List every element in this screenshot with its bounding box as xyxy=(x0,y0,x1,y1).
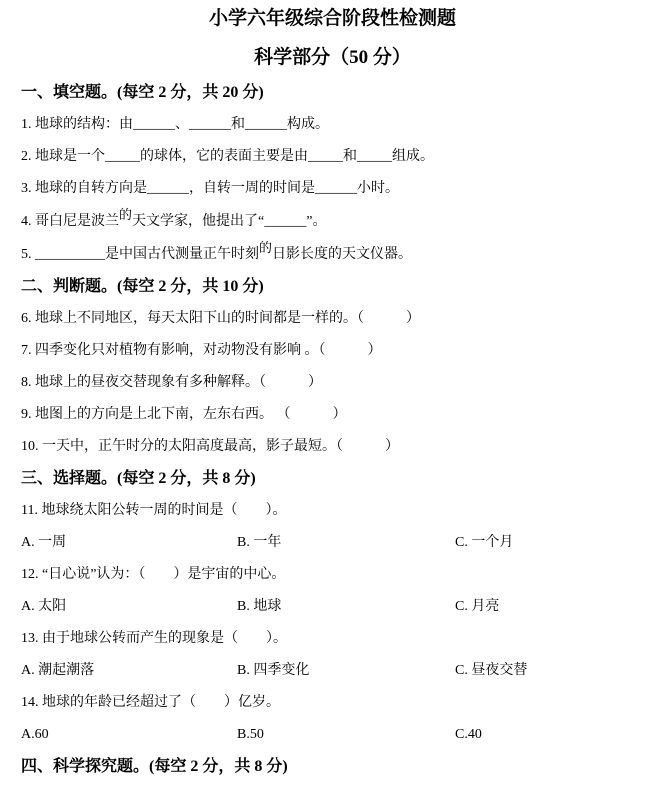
option: C.40 xyxy=(455,719,644,751)
option: C. 昼夜交替 xyxy=(455,655,644,687)
section-heading: 三、选择题。(每空 2 分，共 8 分) xyxy=(21,463,644,495)
option: B.50 xyxy=(237,719,455,751)
options-row: A.60B.50C.40 xyxy=(21,719,644,751)
question: 5. __________是中国古代测量正午时刻的日影长度的天文仪器。 xyxy=(21,238,644,271)
page-subtitle: 科学部分（50 分） xyxy=(21,45,644,71)
question: 13. 由于地球公转而产生的现象是（ ）。 xyxy=(21,623,644,655)
option: B. 一年 xyxy=(237,527,455,559)
option: B. 地球 xyxy=(237,591,455,623)
question: 2. 地球是一个_____的球体，它的表面主要是由_____和_____组成。 xyxy=(21,141,644,173)
question: 6. 地球上不同地区，每天太阳下山的时间都是一样的。（ ） xyxy=(21,303,644,335)
page-title: 小学六年级综合阶段性检测题 xyxy=(21,6,644,32)
question: 7. 四季变化只对植物有影响，对动物没有影响 。（ ） xyxy=(21,335,644,367)
options-row: A. 太阳B. 地球C. 月亮 xyxy=(21,591,644,623)
question: 10. 一天中，正午时分的太阳高度最高，影子最短。（ ） xyxy=(21,431,644,463)
question: 8. 地球上的昼夜交替现象有多种解释。（ ） xyxy=(21,367,644,399)
option: C. 月亮 xyxy=(455,591,644,623)
option: A. 太阳 xyxy=(21,591,237,623)
exam-paper: 小学六年级综合阶段性检测题 科学部分（50 分） 一、填空题。(每空 2 分，共… xyxy=(0,0,662,783)
question: 4. 哥白尼是波兰的天文学家，他提出了“______”。 xyxy=(21,205,644,238)
section-2: 二、判断题。(每空 2 分，共 10 分)6. 地球上不同地区，每天太阳下山的时… xyxy=(21,271,644,463)
question: 11. 地球绕太阳公转一周的时间是（ ）。 xyxy=(21,495,644,527)
option: A. 一周 xyxy=(21,527,237,559)
section-heading: 二、判断题。(每空 2 分，共 10 分) xyxy=(21,271,644,303)
options-row: A. 一周B. 一年C. 一个月 xyxy=(21,527,644,559)
option: A.60 xyxy=(21,719,237,751)
option: C. 一个月 xyxy=(455,527,644,559)
question: 14. 地球的年龄已经超过了（ ）亿岁。 xyxy=(21,687,644,719)
question: 3. 地球的自转方向是______，自转一周的时间是______小时。 xyxy=(21,173,644,205)
section-1: 一、填空题。(每空 2 分，共 20 分)1. 地球的结构：由______、__… xyxy=(21,77,644,271)
section-4: 四、科学探究题。(每空 2 分，共 8 分) xyxy=(21,751,644,783)
option: A. 潮起潮落 xyxy=(21,655,237,687)
section-heading: 一、填空题。(每空 2 分，共 20 分) xyxy=(21,77,644,109)
options-row: A. 潮起潮落B. 四季变化C. 昼夜交替 xyxy=(21,655,644,687)
question: 12. “日心说”认为：（ ）是宇宙的中心。 xyxy=(21,559,644,591)
section-heading: 四、科学探究题。(每空 2 分，共 8 分) xyxy=(21,751,644,783)
question: 9. 地图上的方向是上北下南，左东右西。 （ ） xyxy=(21,399,644,431)
sections: 一、填空题。(每空 2 分，共 20 分)1. 地球的结构：由______、__… xyxy=(21,77,644,783)
option: B. 四季变化 xyxy=(237,655,455,687)
question: 1. 地球的结构：由______、______和______构成。 xyxy=(21,109,644,141)
section-3: 三、选择题。(每空 2 分，共 8 分)11. 地球绕太阳公转一周的时间是（ ）… xyxy=(21,463,644,751)
